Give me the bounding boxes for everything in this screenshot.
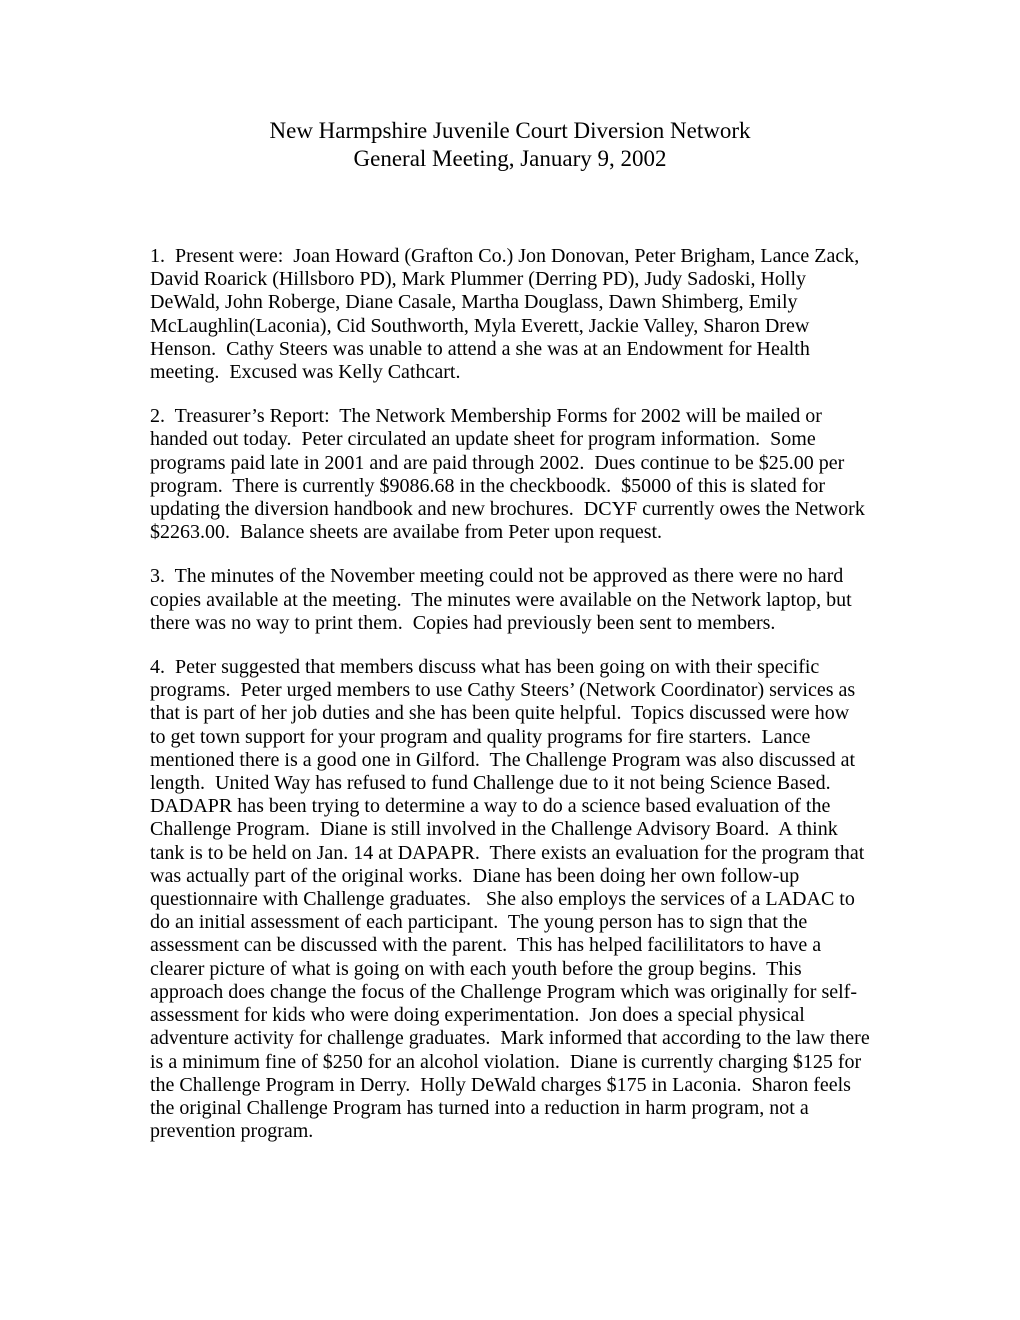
- text-line: DeWald, John Roberge, Diane Casale, Mart…: [150, 291, 876, 314]
- text-line: was actually part of the original works.…: [150, 865, 876, 888]
- text-line: assessment for kids who were doing exper…: [150, 1004, 876, 1027]
- text-line: questionnaire with Challenge graduates. …: [150, 888, 876, 911]
- text-line: updating the diversion handbook and new …: [150, 498, 876, 521]
- title-line-1: New Harmpshire Juvenile Court Diversion …: [0, 117, 1020, 145]
- text-line: programs. Peter urged members to use Cat…: [150, 679, 876, 702]
- paragraph: 1. Present were: Joan Howard (Grafton Co…: [150, 245, 876, 384]
- text-line: Challenge Program. Diane is still involv…: [150, 818, 876, 841]
- text-line: programs paid late in 2001 and are paid …: [150, 452, 876, 475]
- text-line: is a minimum fine of $250 for an alcohol…: [150, 1051, 876, 1074]
- paragraph: 3. The minutes of the November meeting c…: [150, 565, 876, 635]
- text-line: handed out today. Peter circulated an up…: [150, 428, 876, 451]
- text-line: there was no way to print them. Copies h…: [150, 612, 876, 635]
- text-line: adventure activity for challenge graduat…: [150, 1027, 876, 1050]
- title-line-2: General Meeting, January 9, 2002: [0, 145, 1020, 173]
- paragraph: 2. Treasurer’s Report: The Network Membe…: [150, 405, 876, 544]
- paragraph: 4. Peter suggested that members discuss …: [150, 656, 876, 1143]
- text-line: mentioned there is a good one in Gilford…: [150, 749, 876, 772]
- text-line: DADAPR has been trying to determine a wa…: [150, 795, 876, 818]
- text-line: David Roarick (Hillsboro PD), Mark Plumm…: [150, 268, 876, 291]
- text-line: 4. Peter suggested that members discuss …: [150, 656, 876, 679]
- text-line: program. There is currently $9086.68 in …: [150, 475, 876, 498]
- text-line: that is part of her job duties and she h…: [150, 702, 876, 725]
- text-line: assessment can be discussed with the par…: [150, 934, 876, 957]
- text-line: tank is to be held on Jan. 14 at DAPAPR.…: [150, 842, 876, 865]
- text-line: approach does change the focus of the Ch…: [150, 981, 876, 1004]
- document-body: 1. Present were: Joan Howard (Grafton Co…: [150, 245, 876, 1164]
- text-line: 2. Treasurer’s Report: The Network Membe…: [150, 405, 876, 428]
- text-line: copies available at the meeting. The min…: [150, 589, 876, 612]
- text-line: length. United Way has refused to fund C…: [150, 772, 876, 795]
- text-line: McLaughlin(Laconia), Cid Southworth, Myl…: [150, 315, 876, 338]
- text-line: 1. Present were: Joan Howard (Grafton Co…: [150, 245, 876, 268]
- text-line: 3. The minutes of the November meeting c…: [150, 565, 876, 588]
- text-line: to get town support for your program and…: [150, 726, 876, 749]
- text-line: $2263.00. Balance sheets are availabe fr…: [150, 521, 876, 544]
- text-line: clearer picture of what is going on with…: [150, 958, 876, 981]
- text-line: meeting. Excused was Kelly Cathcart.: [150, 361, 876, 384]
- text-line: do an initial assessment of each partici…: [150, 911, 876, 934]
- document-title: New Harmpshire Juvenile Court Diversion …: [0, 117, 1020, 173]
- text-line: the original Challenge Program has turne…: [150, 1097, 876, 1120]
- document-page: New Harmpshire Juvenile Court Diversion …: [0, 0, 1020, 1320]
- text-line: prevention program.: [150, 1120, 876, 1143]
- text-line: the Challenge Program in Derry. Holly De…: [150, 1074, 876, 1097]
- text-line: Henson. Cathy Steers was unable to atten…: [150, 338, 876, 361]
